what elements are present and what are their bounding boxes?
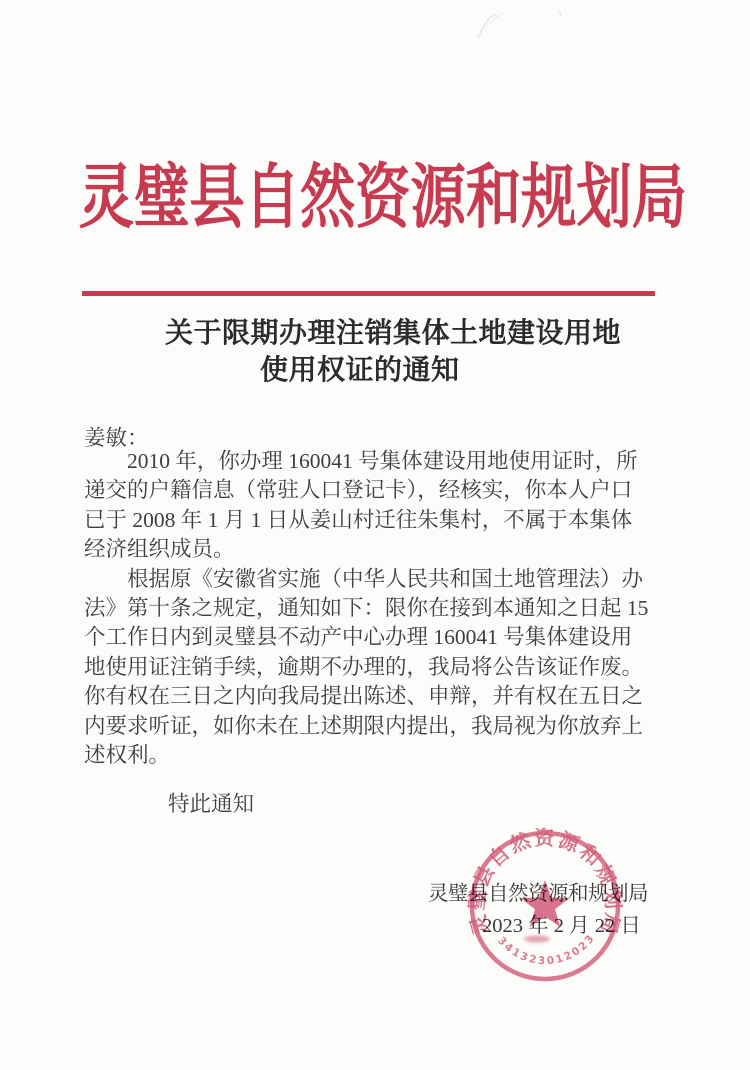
pencil-marks: [450, 0, 600, 55]
body-line: 地使用证注销手续，逾期不办理的，我局将公告该证作废。: [84, 653, 684, 682]
body-line: 已于 2008 年 1 月 1 日从姜山村迁往朱集村，不属于本集体: [84, 506, 684, 535]
body-line: 经济组织成员。: [84, 535, 684, 564]
official-seal: 灵璧县自然资源和规划局 3413230120237: [465, 826, 625, 986]
seal-ink-smudge: [524, 936, 550, 943]
body-line: 个工作日内到灵璧县不动产中心办理 160041 号集体建设用: [84, 623, 684, 652]
agency-header-title: 灵璧县自然资源和规划局: [79, 160, 672, 237]
header-divider-rule: [82, 291, 655, 296]
body-line: 你有权在三日之内向我局提出陈述、申辩，并有权在五日之: [84, 682, 684, 711]
closing-phrase: 特此通知: [168, 787, 254, 818]
scanned-notice-page: 灵璧县自然资源和规划局 关于限期办理注销集体土地建设用地 使用权证的通知 姜敏：…: [0, 0, 750, 1070]
document-title-line2: 使用权证的通知: [260, 354, 460, 388]
body-line: 述权利。: [84, 741, 684, 770]
body-line: 内要求听证，如你未在上述期限内提出，我局视为你放弃上: [84, 712, 684, 741]
notice-body: 2010 年，你办理 160041 号集体建设用地使用证时，所递交的户籍信息（常…: [84, 447, 684, 770]
body-line: 递交的户籍信息（常驻人口登记卡），经核实，你本人户口: [84, 476, 684, 505]
seal-star: [520, 880, 569, 927]
body-line: 2010 年，你办理 160041 号集体建设用地使用证时，所: [84, 447, 684, 476]
body-line: 根据原《安徽省实施（中华人民共和国土地管理法）办: [84, 565, 684, 594]
body-line: 法》第十条之规定，通知如下：限你在接到本通知之日起 15: [84, 594, 684, 623]
document-title-line1: 关于限期办理注销集体土地建设用地: [165, 317, 621, 351]
